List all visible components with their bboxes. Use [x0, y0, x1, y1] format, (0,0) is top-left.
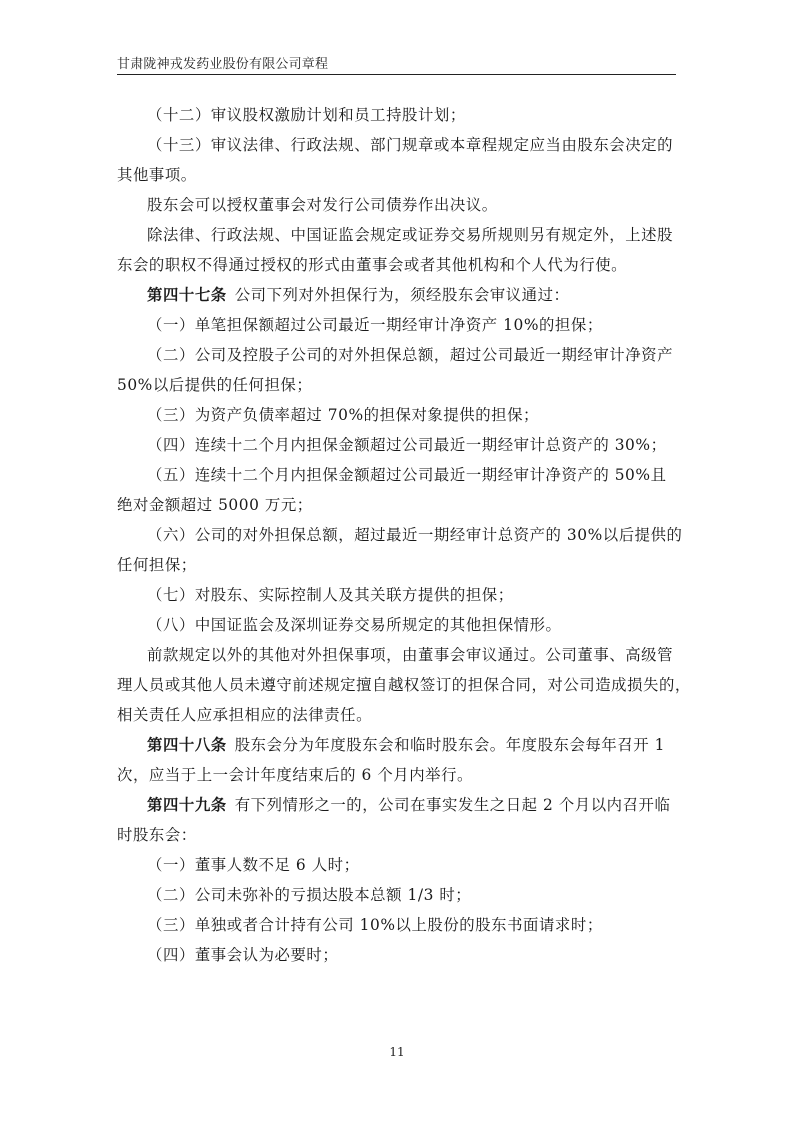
article-number: 第四十七条	[147, 286, 227, 304]
text-line: 前款规定以外的其他对外担保事项，由董事会审议通过。公司董事、高级管	[117, 640, 677, 670]
line-text: （五）连续十二个月内担保金额超过公司最近一期经审计净资产的 50%且	[147, 466, 667, 484]
text-line: （三）为资产负债率超过 70%的担保对象提供的担保；	[117, 400, 677, 430]
text-line: （一）单笔担保额超过公司最近一期经审计净资产 10%的担保；	[117, 310, 677, 340]
line-text: （一）董事人数不足 6 人时；	[147, 856, 360, 874]
text-line: 东会的职权不得通过授权的形式由董事会或者其他机构和个人代为行使。	[117, 250, 677, 280]
line-text: 任何担保；	[117, 556, 197, 574]
text-line: 时股东会：	[117, 820, 677, 850]
text-line: （四）连续十二个月内担保金额超过公司最近一期经审计总资产的 30%；	[117, 430, 677, 460]
line-text: 其他事项。	[117, 166, 197, 184]
line-text: 绝对金额超过 5000 万元；	[117, 496, 313, 514]
text-line: （四）董事会认为必要时；	[117, 940, 677, 970]
text-line: 任何担保；	[117, 550, 677, 580]
line-text: （十三）审议法律、行政法规、部门规章或本章程规定应当由股东会决定的	[147, 136, 673, 154]
line-text: （四）董事会认为必要时；	[147, 946, 338, 964]
text-line: （二）公司及控股子公司的对外担保总额，超过公司最近一期经审计净资产	[117, 340, 677, 370]
line-text: （七）对股东、实际控制人及其关联方提供的担保；	[147, 586, 514, 604]
line-text: 时股东会：	[117, 826, 197, 844]
article-number: 第四十八条	[147, 736, 227, 754]
text-line: （三）单独或者合计持有公司 10%以上股份的股东书面请求时；	[117, 910, 677, 940]
line-text: （六）公司的对外担保总额，超过最近一期经审计总资产的 30%以后提供的	[147, 526, 682, 544]
text-line: （六）公司的对外担保总额，超过最近一期经审计总资产的 30%以后提供的	[117, 520, 677, 550]
line-text: （二）公司及控股子公司的对外担保总额，超过公司最近一期经审计净资产	[147, 346, 673, 364]
text-line: 绝对金额超过 5000 万元；	[117, 490, 677, 520]
header-title: 甘肃陇神戎发药业股份有限公司章程	[117, 53, 328, 72]
line-text: （一）单笔担保额超过公司最近一期经审计净资产 10%的担保；	[147, 316, 603, 334]
line-text: 股东会可以授权董事会对发行公司债券作出决议。	[147, 196, 498, 214]
line-text: 东会的职权不得通过授权的形式由董事会或者其他机构和个人代为行使。	[117, 256, 627, 274]
article-number: 第四十九条	[147, 796, 227, 814]
text-line: （七）对股东、实际控制人及其关联方提供的担保；	[117, 580, 677, 610]
text-line: 相关责任人应承担相应的法律责任。	[117, 700, 677, 730]
document-body: （十二）审议股权激励计划和员工持股计划； （十三）审议法律、行政法规、部门规章或…	[117, 100, 677, 970]
line-text: 除法律、行政法规、中国证监会规定或证券交易所规则另有规定外，上述股	[147, 226, 673, 244]
line-text: 次，应当于上一会计年度结束后的 6 个月内举行。	[117, 766, 473, 784]
article-49-heading: 第四十九条有下列情形之一的，公司在事实发生之日起 2 个月以内召开临	[117, 790, 677, 820]
line-text: （三）单独或者合计持有公司 10%以上股份的股东书面请求时；	[147, 916, 603, 934]
text-line: 股东会可以授权董事会对发行公司债券作出决议。	[117, 190, 677, 220]
line-text: （三）为资产负债率超过 70%的担保对象提供的担保；	[147, 406, 539, 424]
line-text: （八）中国证监会及深圳证券交易所规定的其他担保情形。	[147, 616, 561, 634]
line-text: 有下列情形之一的，公司在事实发生之日起 2 个月以内召开临	[235, 796, 671, 814]
text-line: 50%以后提供的任何担保；	[117, 370, 677, 400]
text-line: （一）董事人数不足 6 人时；	[117, 850, 677, 880]
text-line: （八）中国证监会及深圳证券交易所规定的其他担保情形。	[117, 610, 677, 640]
line-text: 前款规定以外的其他对外担保事项，由董事会审议通过。公司董事、高级管	[147, 646, 673, 664]
text-line: （五）连续十二个月内担保金额超过公司最近一期经审计净资产的 50%且	[117, 460, 677, 490]
line-text: （二）公司未弥补的亏损达股本总额 1/3 时；	[147, 886, 471, 904]
text-line: 除法律、行政法规、中国证监会规定或证券交易所规则另有规定外，上述股	[117, 220, 677, 250]
article-47-heading: 第四十七条公司下列对外担保行为，须经股东会审议通过：	[117, 280, 677, 310]
text-line: 理人员或其他人员未遵守前述规定擅自越权签订的担保合同，对公司造成损失的，	[117, 670, 677, 700]
text-line: 其他事项。	[117, 160, 677, 190]
line-text: （四）连续十二个月内担保金额超过公司最近一期经审计总资产的 30%；	[147, 436, 667, 454]
page-number: 11	[0, 1045, 794, 1059]
line-text: 理人员或其他人员未遵守前述规定擅自越权签订的担保合同，对公司造成损失的，	[117, 676, 691, 694]
article-48-heading: 第四十八条股东会分为年度股东会和临时股东会。年度股东会每年召开 1	[117, 730, 677, 760]
page-header: 甘肃陇神戎发药业股份有限公司章程	[117, 52, 676, 75]
text-line: （十二）审议股权激励计划和员工持股计划；	[117, 100, 677, 130]
line-text: 50%以后提供的任何担保；	[117, 376, 312, 394]
line-text: 公司下列对外担保行为，须经股东会审议通过：	[235, 286, 570, 304]
line-text: （十二）审议股权激励计划和员工持股计划；	[147, 106, 466, 124]
line-text: 相关责任人应承担相应的法律责任。	[117, 706, 372, 724]
line-text: 股东会分为年度股东会和临时股东会。年度股东会每年召开 1	[235, 736, 665, 754]
text-line: （十三）审议法律、行政法规、部门规章或本章程规定应当由股东会决定的	[117, 130, 677, 160]
text-line: （二）公司未弥补的亏损达股本总额 1/3 时；	[117, 880, 677, 910]
text-line: 次，应当于上一会计年度结束后的 6 个月内举行。	[117, 760, 677, 790]
